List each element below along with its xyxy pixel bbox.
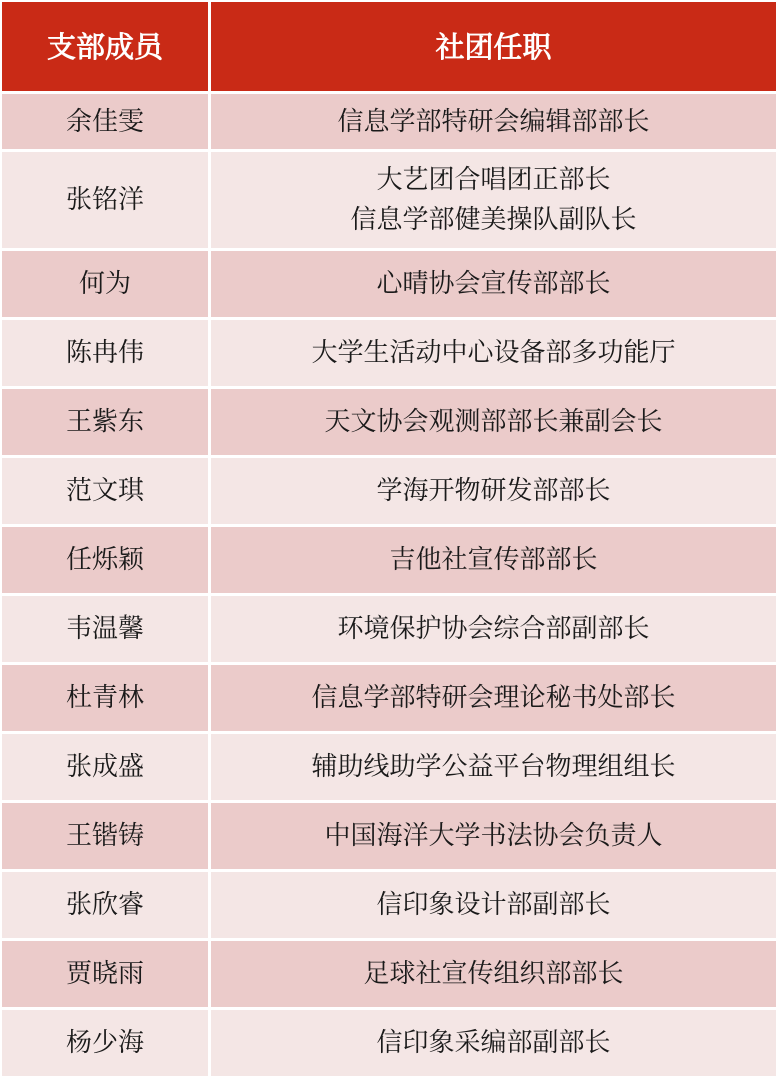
- position-cell: 大学生活动中心设备部多功能厅: [211, 320, 776, 386]
- table-header-row: 支部成员 社团任职: [2, 2, 776, 91]
- table-row: 张欣睿 信印象设计部副部长: [2, 872, 776, 938]
- table-row: 陈冉伟 大学生活动中心设备部多功能厅: [2, 320, 776, 386]
- member-name: 张成盛: [2, 734, 208, 800]
- member-name: 王锴铸: [2, 803, 208, 869]
- table-row: 范文琪 学海开物研发部部长: [2, 458, 776, 524]
- position-text: 信印象设计部副部长: [376, 885, 610, 925]
- position-text: 信印象采编部副部长: [376, 1023, 610, 1063]
- position-cell: 信息学部特研会编辑部部长: [211, 94, 776, 149]
- position-text: 信息学部健美操队副队长: [350, 200, 636, 240]
- table-row: 贾晓雨 足球社宣传组织部部长: [2, 941, 776, 1007]
- member-name: 杨少海: [2, 1010, 208, 1076]
- position-text: 信息学部特研会理论秘书处部长: [311, 678, 675, 718]
- member-name: 任烁颖: [2, 527, 208, 593]
- member-name: 范文琪: [2, 458, 208, 524]
- member-name: 余佳雯: [2, 94, 208, 149]
- header-member: 支部成员: [2, 2, 208, 91]
- position-cell: 信息学部特研会理论秘书处部长: [211, 665, 776, 731]
- table-row: 余佳雯 信息学部特研会编辑部部长: [2, 94, 776, 149]
- position-cell: 环境保护协会综合部副部长: [211, 596, 776, 662]
- table-row: 任烁颖 吉他社宣传部部长: [2, 527, 776, 593]
- member-name: 何为: [2, 251, 208, 317]
- table-row: 何为 心晴协会宣传部部长: [2, 251, 776, 317]
- position-text: 信息学部特研会编辑部部长: [337, 102, 649, 142]
- table-row: 张铭洋 大艺团合唱团正部长 信息学部健美操队副队长: [2, 152, 776, 248]
- table-row: 杜青林 信息学部特研会理论秘书处部长: [2, 665, 776, 731]
- position-text: 天文协会观测部部长兼副会长: [324, 402, 662, 442]
- position-cell: 足球社宣传组织部部长: [211, 941, 776, 1007]
- position-text: 辅助线助学公益平台物理组组长: [311, 747, 675, 787]
- position-cell: 心晴协会宣传部部长: [211, 251, 776, 317]
- member-name: 陈冉伟: [2, 320, 208, 386]
- position-text: 学海开物研发部部长: [376, 471, 610, 511]
- member-name: 张铭洋: [2, 152, 208, 248]
- position-cell: 辅助线助学公益平台物理组组长: [211, 734, 776, 800]
- member-position-table: 支部成员 社团任职 余佳雯 信息学部特研会编辑部部长 张铭洋 大艺团合唱团正部长…: [2, 2, 776, 1076]
- position-text: 足球社宣传组织部部长: [363, 954, 623, 994]
- position-text: 吉他社宣传部部长: [389, 540, 597, 580]
- member-name: 杜青林: [2, 665, 208, 731]
- position-text: 心晴协会宣传部部长: [376, 264, 610, 304]
- table-row: 杨少海 信印象采编部副部长: [2, 1010, 776, 1076]
- table-row: 韦温馨 环境保护协会综合部副部长: [2, 596, 776, 662]
- position-text: 大学生活动中心设备部多功能厅: [311, 333, 675, 373]
- position-text: 环境保护协会综合部副部长: [337, 609, 649, 649]
- member-name: 张欣睿: [2, 872, 208, 938]
- position-cell: 中国海洋大学书法协会负责人: [211, 803, 776, 869]
- member-name: 王紫东: [2, 389, 208, 455]
- position-cell: 天文协会观测部部长兼副会长: [211, 389, 776, 455]
- member-name: 韦温馨: [2, 596, 208, 662]
- header-position: 社团任职: [211, 2, 776, 91]
- position-cell: 信印象采编部副部长: [211, 1010, 776, 1076]
- position-cell: 吉他社宣传部部长: [211, 527, 776, 593]
- position-text: 中国海洋大学书法协会负责人: [324, 816, 662, 856]
- position-cell: 信印象设计部副部长: [211, 872, 776, 938]
- position-cell: 学海开物研发部部长: [211, 458, 776, 524]
- table-row: 王锴铸 中国海洋大学书法协会负责人: [2, 803, 776, 869]
- member-name: 贾晓雨: [2, 941, 208, 1007]
- table-row: 张成盛 辅助线助学公益平台物理组组长: [2, 734, 776, 800]
- table-row: 王紫东 天文协会观测部部长兼副会长: [2, 389, 776, 455]
- position-text: 大艺团合唱团正部长: [376, 160, 610, 200]
- position-cell: 大艺团合唱团正部长 信息学部健美操队副队长: [211, 152, 776, 248]
